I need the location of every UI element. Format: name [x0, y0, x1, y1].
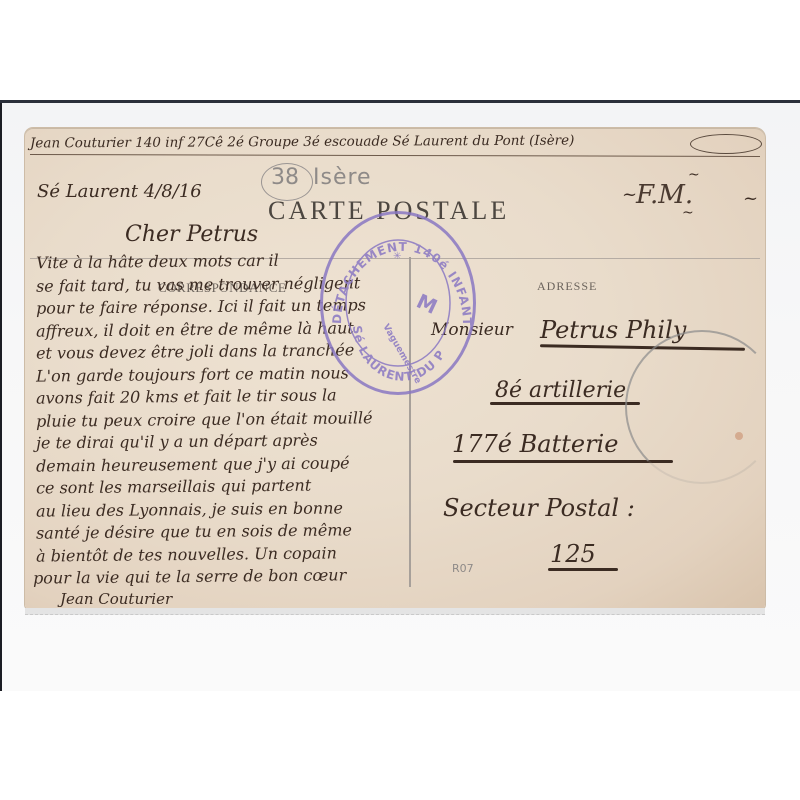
stamp-text-svg: DÉTACHEMENT 140é INFANTERIE Sé LAURENT D… — [323, 214, 473, 392]
message-salutation: Cher Petrus — [125, 222, 258, 247]
battery-underline — [453, 460, 673, 463]
message-line: au lieu des Lyonnais, je suis en bonne — [36, 498, 343, 520]
message-line: santé je désire que tu en sois de même — [36, 520, 352, 542]
star-icon: ✳ — [393, 251, 401, 262]
pencil-department-name: Isère — [313, 165, 372, 190]
flourish-left: ~ — [622, 184, 637, 205]
pencil-reference: R07 — [452, 562, 474, 575]
flourish-bottom: ~ — [682, 205, 694, 221]
message-line: L'on garde toujours fort ce matin nous — [36, 363, 349, 385]
flourish-right: ~ — [743, 188, 758, 209]
message-line: affreux, il doit en être de même là haut — [36, 318, 354, 340]
message-line: pour te faire réponse. Ici il fait un te… — [36, 295, 366, 317]
sector-underline — [548, 568, 618, 571]
message-line: je te dirai qu'il y a un départ après — [36, 431, 318, 453]
message-place-date: Sé Laurent 4/8/16 — [37, 181, 202, 202]
flourish-top: ~ — [688, 167, 700, 183]
military-unit-stamp: DÉTACHEMENT 140é INFANTERIE Sé LAURENT D… — [320, 211, 476, 395]
foxing-spot — [735, 432, 743, 440]
message-line: se fait tard, tu vas me trouver négligen… — [36, 273, 360, 295]
address-sector-label: Secteur Postal : — [443, 494, 635, 522]
sender-header: Jean Couturier 140 inf 27Cê 2é Groupe 3é… — [30, 133, 574, 152]
isere-circle-mark — [690, 134, 762, 154]
message-line: demain heureusement que j'y ai coupé — [36, 453, 350, 475]
pencil-department-number: 38 — [271, 165, 299, 190]
postmark-circle — [625, 330, 779, 484]
message-signature: Jean Couturier — [60, 590, 172, 608]
message-line: ce sont les marseillais qui partent — [36, 476, 311, 498]
message-line: pluie tu peux croire que l'on était moui… — [36, 408, 373, 431]
message-line: avons fait 20 kms et fait le tir sous la — [36, 385, 337, 407]
svg-text:DÉTACHEMENT 140é INFANTERIE: DÉTACHEMENT 140é INFANTERIE — [323, 214, 473, 327]
address-sector-number: 125 — [550, 540, 596, 568]
address-battery: 177é Batterie — [452, 430, 618, 458]
message-line: pour la vie qui te la serre de bon cœur — [33, 565, 346, 587]
message-line: Vite à la hâte deux mots car il — [36, 251, 279, 273]
address-unit: 8é artillerie — [495, 378, 626, 403]
message-line: et vous devez être joli dans la tranchée — [36, 340, 354, 362]
unit-underline — [490, 402, 640, 405]
adresse-label: ADRESSE — [537, 279, 597, 294]
message-line: à bientôt de tes nouvelles. Un copain — [36, 543, 337, 565]
stamp-top-text: DÉTACHEMENT 140é INFANTERIE — [323, 214, 473, 327]
stamp-center-letter: M — [413, 289, 441, 319]
